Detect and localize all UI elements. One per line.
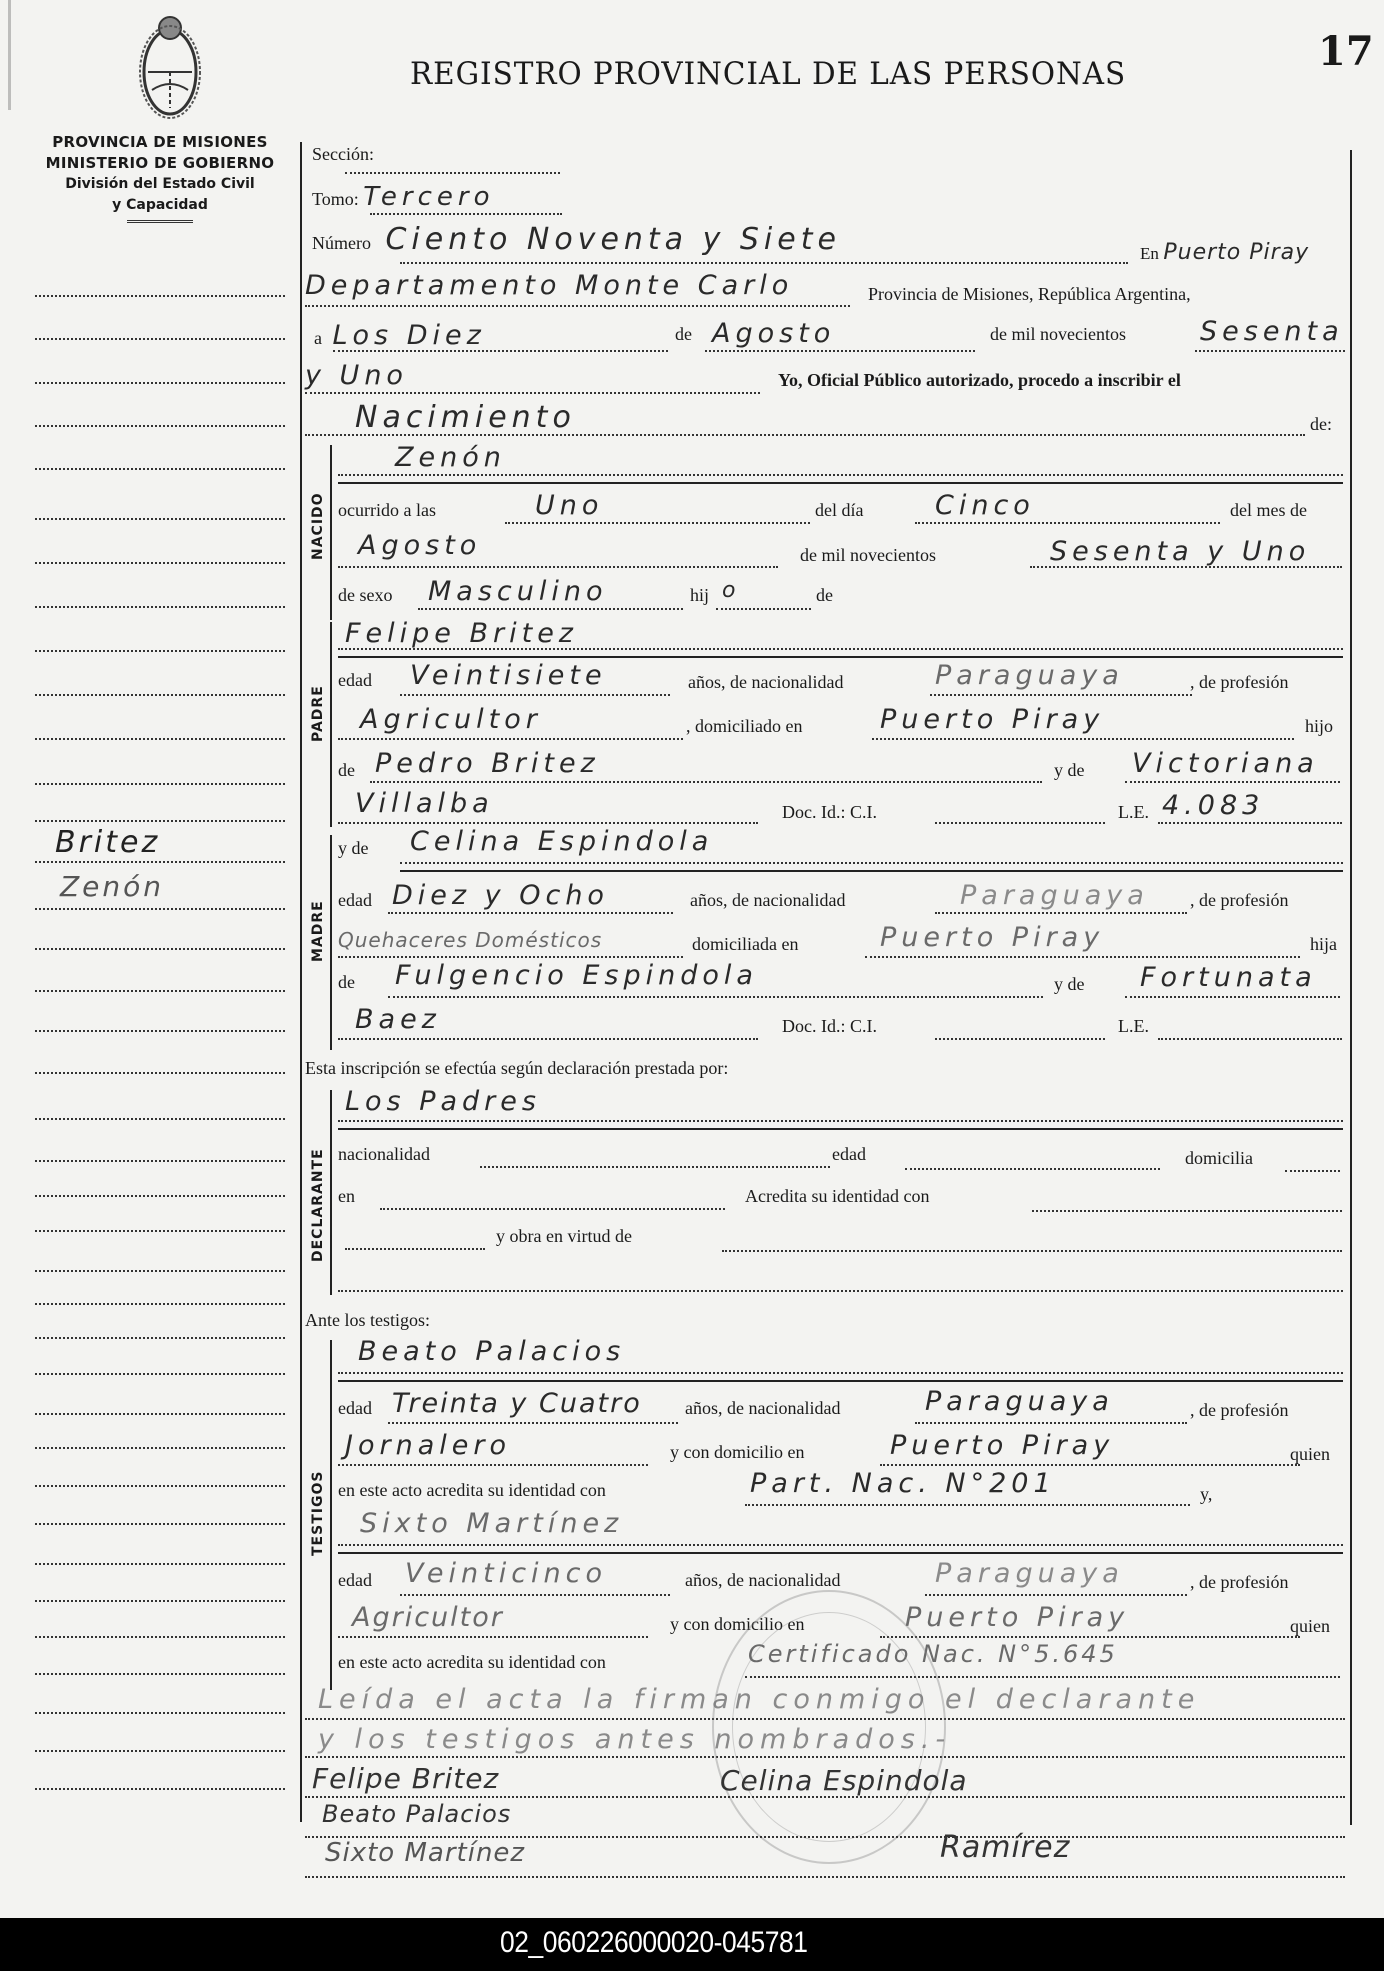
org-rule — [127, 220, 193, 223]
signature-testigo-1: Beato Palacios — [322, 1800, 511, 1828]
madre-domicilio-field: Puerto Piray — [880, 922, 1104, 953]
tomo-field: Tomo: Tercero — [312, 182, 495, 212]
madre-de-label: de — [338, 972, 355, 993]
seccion-line — [345, 172, 560, 174]
acto-line — [305, 434, 1305, 436]
testigo-1-y-label: y, — [1200, 1484, 1212, 1505]
declarante-name-value: Los Padres — [345, 1086, 541, 1117]
madre-y-de-label: y de — [338, 838, 369, 859]
mes-nacimiento-line — [338, 566, 778, 568]
madre-abuelo-field: Fulgencio Espindola — [395, 960, 758, 991]
padre-domicilio-label: , domiciliado en — [686, 716, 802, 737]
hij-label: hij — [690, 585, 709, 606]
testigo-1-quien-label: quien — [1290, 1444, 1330, 1465]
departamento-line — [305, 305, 850, 307]
padre-abuela-field-1: Victoriana — [1132, 748, 1319, 779]
hij-field: o — [722, 578, 740, 603]
hora-value: Uno — [535, 490, 603, 521]
testigo-1-name-rule — [338, 1380, 1343, 1382]
oficial-text: Yo, Oficial Público autorizado, procedo … — [778, 370, 1181, 391]
testigo-1-nacionalidad-field: Paraguaya — [925, 1386, 1114, 1417]
padre-name-value: Felipe Britez — [345, 618, 578, 649]
testigo-1-profesion: Jornalero — [345, 1430, 511, 1461]
testigo-1-edad: Treinta y Cuatro — [392, 1388, 642, 1419]
declarante-obra-label: y obra en virtud de — [496, 1226, 632, 1247]
madre-abuela-line-2 — [338, 1038, 758, 1040]
padre-hijo-label: hijo — [1305, 716, 1333, 737]
sexo-field: Masculino — [428, 576, 608, 607]
padre-abuela-line-2 — [338, 822, 758, 824]
testigo-2-profesion: Agricultor — [352, 1602, 504, 1633]
padre-ci-line — [935, 822, 1105, 824]
padre-domicilio-line — [872, 738, 1294, 740]
en-field: En Puerto Piray — [1140, 240, 1309, 265]
madre-edad-line — [388, 912, 673, 914]
testigo-1-nacionalidad: Paraguaya — [925, 1386, 1114, 1417]
padre-profesion-label: , de profesión — [1190, 672, 1288, 693]
padre-profesion-field: Agricultor — [360, 704, 542, 735]
declarante-acredita-label: Acredita su identidad con — [745, 1186, 929, 1207]
en-value: Puerto Piray — [1163, 240, 1309, 265]
margin-note-surname: Britez — [55, 825, 160, 860]
declarante-intro: Esta inscripción se efectúa según declar… — [305, 1058, 728, 1079]
seccion-label: Sección: — [312, 144, 374, 164]
padre-domicilio-value: Puerto Piray — [880, 704, 1104, 735]
org-division: División del Estado Civil — [30, 174, 290, 195]
margin-note-given-name: Zenón — [60, 870, 164, 903]
document-title: REGISTRO PROVINCIAL DE LAS PERSONAS — [410, 56, 1126, 92]
del-mes-label: del mes de — [1230, 500, 1307, 521]
nacido-name-value: Zenón — [395, 442, 506, 473]
mes-nacimiento-field: Agosto — [358, 530, 481, 561]
provincia-text: Provincia de Misiones, República Argenti… — [868, 284, 1191, 305]
madre-domicilio-value: Puerto Piray — [880, 922, 1104, 953]
document-id: 02_060226000020-045781 — [500, 1926, 807, 1960]
numero-label: Número — [312, 233, 371, 253]
testigo-1-documento-field: Part. Nac. N°201 — [750, 1468, 1056, 1499]
madre-abuela-value-2: Baez — [355, 1004, 441, 1035]
madre-profesion-line — [338, 956, 683, 958]
declarante-name-field: Los Padres — [345, 1086, 541, 1117]
mes-nacimiento-value: Agosto — [358, 530, 481, 561]
testigo-2-profesion-label: , de profesión — [1190, 1572, 1288, 1593]
declarante-section-bar — [330, 1090, 332, 1295]
org-province: PROVINCIA DE MISIONES — [30, 132, 290, 153]
form-frame-left — [300, 142, 302, 1822]
anio-inscripcion-value-2: y Uno — [305, 360, 408, 391]
padre-nacionalidad-value: Paraguaya — [935, 660, 1124, 691]
testigo-1-nacionalidad-line — [915, 1422, 1187, 1424]
padre-edad-value: Veintisiete — [410, 660, 607, 691]
declarante-edad-label: edad — [832, 1144, 866, 1165]
testigo-2-domicilio-field: Puerto Piray — [905, 1602, 1129, 1633]
padre-nacionalidad-line — [930, 694, 1192, 696]
padre-section-label: PADRE — [310, 685, 326, 742]
sexo-line — [418, 608, 683, 610]
departamento-value: Departamento Monte Carlo — [305, 270, 793, 301]
page-edge-shadow — [8, 0, 11, 110]
padre-name-line — [338, 648, 1343, 650]
testigo-2-nacionalidad-field: Paraguaya — [935, 1558, 1124, 1589]
mes-line — [705, 350, 975, 352]
sexo-value: Masculino — [428, 576, 608, 607]
madre-domicilio-line — [865, 956, 1300, 958]
padre-domicilio-field: Puerto Piray — [880, 704, 1104, 735]
testigos-section-label: TESTIGOS — [310, 1471, 326, 1556]
madre-profesion-label: , de profesión — [1190, 890, 1288, 911]
declarante-section-label: DECLARANTE — [310, 1148, 326, 1262]
testigo-1-domicilio-line — [880, 1464, 1300, 1466]
declarante-edad-line — [905, 1168, 1160, 1170]
dia-nacimiento-value: Cinco — [935, 490, 1035, 521]
madre-ci-line — [935, 1038, 1105, 1040]
testigo-2-domicilio-line — [880, 1636, 1300, 1638]
declarante-name-rule — [338, 1128, 1343, 1130]
padre-abuelo-field: Pedro Britez — [375, 748, 600, 779]
hij-de-label: de — [816, 585, 833, 606]
testigo-2-name-field: Sixto Martínez — [360, 1508, 623, 1539]
testigo-2-acredita-label: en este acto acredita su identidad con — [338, 1652, 606, 1673]
madre-edad-value: Diez y Ocho — [392, 880, 609, 911]
hij-value: o — [722, 578, 740, 603]
testigo-1-name: Beato Palacios — [358, 1336, 625, 1367]
acto-value: Nacimiento — [355, 400, 576, 435]
org-capacity: y Capacidad — [30, 195, 290, 216]
fecha-inscripcion-field: a Los Diez — [314, 320, 486, 351]
ocurrido-label: ocurrido a las — [338, 500, 436, 520]
declarante-en-line — [380, 1208, 725, 1210]
madre-profesion-value: Quehaceres Domésticos — [338, 928, 602, 952]
declarante-nacionalidad-line — [480, 1166, 830, 1168]
declarante-domicilia-label: domicilia — [1185, 1148, 1253, 1169]
madre-name-field: Celina Espindola — [410, 826, 713, 857]
birth-certificate-page: REGISTRO PROVINCIAL DE LAS PERSONAS 17 P… — [0, 0, 1384, 1918]
en-label: En — [1140, 244, 1159, 263]
testigo-1-documento: Part. Nac. N°201 — [750, 1468, 1056, 1499]
padre-abuelo-value: Pedro Britez — [375, 748, 600, 779]
madre-edad-field: Diez y Ocho — [392, 880, 609, 911]
form-frame-right — [1350, 150, 1352, 1825]
madre-profesion-field: Quehaceres Domésticos — [338, 928, 602, 952]
declarante-pre-obra-line — [345, 1248, 485, 1250]
declarante-nacionalidad-label: nacionalidad — [338, 1144, 430, 1165]
testigo-2-edad-field: Veinticinco — [405, 1558, 607, 1589]
hora-field: Uno — [535, 490, 603, 521]
padre-name-rule — [338, 656, 1343, 658]
org-ministry: MINISTERIO DE GOBIERNO — [30, 153, 290, 174]
madre-anios-label: años, de nacionalidad — [690, 890, 845, 911]
de-colon-label: de: — [1310, 414, 1332, 435]
madre-abuela-field-1: Fortunata — [1140, 962, 1317, 993]
declarante-domicilia-line — [1285, 1170, 1340, 1172]
signature-oficial: Ramírez — [940, 1830, 1070, 1865]
dia-line — [333, 350, 668, 352]
anio-nacimiento-value: Sesenta y Uno — [1050, 536, 1310, 567]
madre-le-line — [1158, 1038, 1342, 1040]
testigo-2-domicilio: Puerto Piray — [905, 1602, 1129, 1633]
de-label: de — [675, 324, 692, 345]
departamento-field: Departamento Monte Carlo — [305, 270, 793, 301]
testigo-1-documento-line — [745, 1504, 1190, 1506]
dia-inscripcion-value: Los Diez — [333, 320, 486, 351]
madre-hija-label: hija — [1310, 934, 1337, 955]
padre-profesion-value: Agricultor — [360, 704, 542, 735]
testigo-2-anios-label: años, de nacionalidad — [685, 1570, 840, 1591]
testigo-1-profesion-field: Jornalero — [345, 1430, 511, 1461]
testigo-2-nacionalidad: Paraguaya — [935, 1558, 1124, 1589]
madre-edad-label: edad — [338, 890, 372, 911]
testigo-1-edad-line — [388, 1422, 678, 1424]
nacido-section-label: NACIDO — [310, 492, 326, 560]
testigo-1-profesion-line — [338, 1464, 648, 1466]
padre-name-field: Felipe Britez — [345, 618, 578, 649]
testigos-section-bar — [330, 1340, 332, 1690]
testigo-2-name-rule — [338, 1552, 1343, 1554]
issuing-organization: PROVINCIA DE MISIONES MINISTERIO DE GOBI… — [30, 132, 290, 223]
testigo-2-name-line — [338, 1544, 1343, 1546]
anio-nacimiento-line — [1030, 566, 1342, 568]
testigo-1-name-line — [338, 1372, 1343, 1374]
tomo-line — [370, 213, 562, 215]
madre-abuelo-value: Fulgencio Espindola — [395, 960, 758, 991]
madre-name-value: Celina Espindola — [410, 826, 713, 857]
madre-section-label: MADRE — [310, 900, 326, 962]
testigo-1-domicilio-label: y con domicilio en — [670, 1442, 804, 1463]
declarante-acredita-line — [1032, 1210, 1342, 1212]
testigo-1-name-field: Beato Palacios — [358, 1336, 625, 1367]
madre-le-label: L.E. — [1118, 1016, 1149, 1037]
testigo-1-profesion-label: , de profesión — [1190, 1400, 1288, 1421]
signature-testigo-2: Sixto Martínez — [325, 1838, 525, 1868]
madre-name-rule — [400, 870, 1343, 872]
anio-value-1: Sesenta — [1200, 316, 1344, 347]
padre-le-line — [1158, 822, 1342, 824]
declarante-name-line — [338, 1120, 1343, 1122]
sexo-label: de sexo — [338, 585, 392, 606]
numero-value: Ciento Noventa y Siete — [385, 222, 840, 257]
numero-field: Número Ciento Noventa y Siete — [312, 222, 841, 257]
testigo-2-edad-line — [400, 1594, 670, 1596]
padre-le-field: 4.083 — [1162, 790, 1264, 821]
nacido-section-bar — [330, 445, 332, 620]
testigo-2-edad-label: edad — [338, 1570, 372, 1591]
padre-profesion-line — [338, 738, 683, 740]
mil-novecientos-label: de mil novecientos — [990, 324, 1126, 345]
mes-inscripcion-field: Agosto — [712, 318, 835, 349]
signature-padre: Felipe Britez — [312, 1762, 499, 1795]
tomo-value: Tercero — [363, 182, 494, 212]
padre-abuela-value-2: Villalba — [355, 788, 494, 819]
testigo-2-name: Sixto Martínez — [360, 1508, 623, 1539]
declarante-en-label: en — [338, 1186, 355, 1207]
padre-abuela-line-1 — [1125, 781, 1340, 783]
padre-edad-line — [400, 694, 670, 696]
nacido-name-field: Zenón — [395, 442, 506, 473]
testigos-intro: Ante los testigos: — [305, 1310, 430, 1331]
a-label: a — [314, 328, 322, 348]
padre-le-value: 4.083 — [1162, 790, 1264, 821]
signature-line-3 — [305, 1876, 1345, 1878]
padre-abuelo-line — [370, 781, 1042, 783]
padre-edad-field: Veintisiete — [410, 660, 607, 691]
declarante-obra-line — [722, 1250, 1342, 1252]
dia-nacimiento-field: Cinco — [935, 490, 1035, 521]
tomo-label: Tomo: — [312, 189, 359, 209]
madre-nacionalidad-line — [935, 912, 1187, 914]
testigo-1-acredita-label: en este acto acredita su identidad con — [338, 1480, 606, 1501]
anio-nacimiento-field: Sesenta y Uno — [1050, 536, 1310, 567]
madre-abuela-value-1: Fortunata — [1140, 962, 1317, 993]
numero-line — [400, 262, 1128, 264]
madre-name-line — [400, 862, 1343, 864]
mil-novecientos-nacido-label: de mil novecientos — [800, 545, 936, 566]
testigo-1-edad-label: edad — [338, 1398, 372, 1419]
testigo-2-profesion-field: Agricultor — [352, 1602, 504, 1633]
padre-doc-label: Doc. Id.: C.I. — [782, 802, 877, 823]
padre-edad-label: edad — [338, 670, 372, 691]
testigo-2-quien-label: quien — [1290, 1616, 1330, 1637]
nacido-name-rule — [338, 482, 1343, 484]
testigo-1-domicilio: Puerto Piray — [890, 1430, 1114, 1461]
del-dia-label: del día — [815, 500, 863, 521]
madre-doc-label: Doc. Id.: C.I. — [782, 1016, 877, 1037]
madre-domicilio-label: domiciliada en — [692, 934, 798, 955]
testigo-2-nacionalidad-line — [925, 1594, 1187, 1596]
testigo-2-profesion-line — [338, 1636, 648, 1638]
ocurrido-field: ocurrido a las — [338, 500, 436, 521]
signature-line-1 — [305, 1796, 1345, 1798]
padre-abuela-field-2: Villalba — [355, 788, 494, 819]
padre-y-de-label: y de — [1054, 760, 1085, 781]
madre-abuelo-line — [388, 996, 1043, 998]
padre-anios-label: años, de nacionalidad — [688, 672, 843, 693]
padre-nacionalidad-field: Paraguaya — [935, 660, 1124, 691]
testigo-1-anios-label: años, de nacionalidad — [685, 1398, 840, 1419]
testigo-2-edad: Veinticinco — [405, 1558, 607, 1589]
anio-inscripcion-value-1: Sesenta — [1200, 316, 1344, 347]
scan-footer-bar: 02_060226000020-045781 — [0, 1918, 1384, 1971]
testigo-1-domicilio-field: Puerto Piray — [890, 1430, 1114, 1461]
testigo-1-edad-field: Treinta y Cuatro — [392, 1388, 642, 1419]
madre-abuela-line-1 — [1125, 996, 1340, 998]
seccion-field: Sección: — [312, 144, 374, 165]
acto-field: Nacimiento — [355, 400, 576, 435]
madre-nacionalidad-value: Paraguaya — [960, 880, 1149, 911]
anio-line-1 — [1195, 350, 1345, 352]
anio-line-2 — [305, 392, 760, 394]
hora-line — [505, 522, 810, 524]
page-number: 17 — [1318, 28, 1374, 75]
declarante-extra-line — [338, 1290, 1343, 1292]
dia-nacimiento-line — [915, 522, 1220, 524]
madre-abuela-field-2: Baez — [355, 1004, 441, 1035]
hij-line — [716, 608, 811, 610]
official-seal-stamp — [712, 1590, 946, 1864]
padre-section-bar — [330, 622, 332, 827]
padre-le-label: L.E. — [1118, 802, 1149, 823]
padre-de-label: de — [338, 760, 355, 781]
madre-y-de2-label: y de — [1054, 974, 1085, 995]
mes-inscripcion-value: Agosto — [712, 318, 835, 349]
madre-section-bar — [330, 835, 332, 1050]
madre-nacionalidad-field: Paraguaya — [960, 880, 1149, 911]
coat-of-arms-icon — [136, 10, 204, 120]
anio-value-2: y Uno — [305, 360, 408, 391]
padre-abuela-value-1: Victoriana — [1132, 748, 1319, 779]
nacido-name-line — [338, 474, 1343, 476]
signature-madre: Celina Espindola — [720, 1764, 968, 1797]
